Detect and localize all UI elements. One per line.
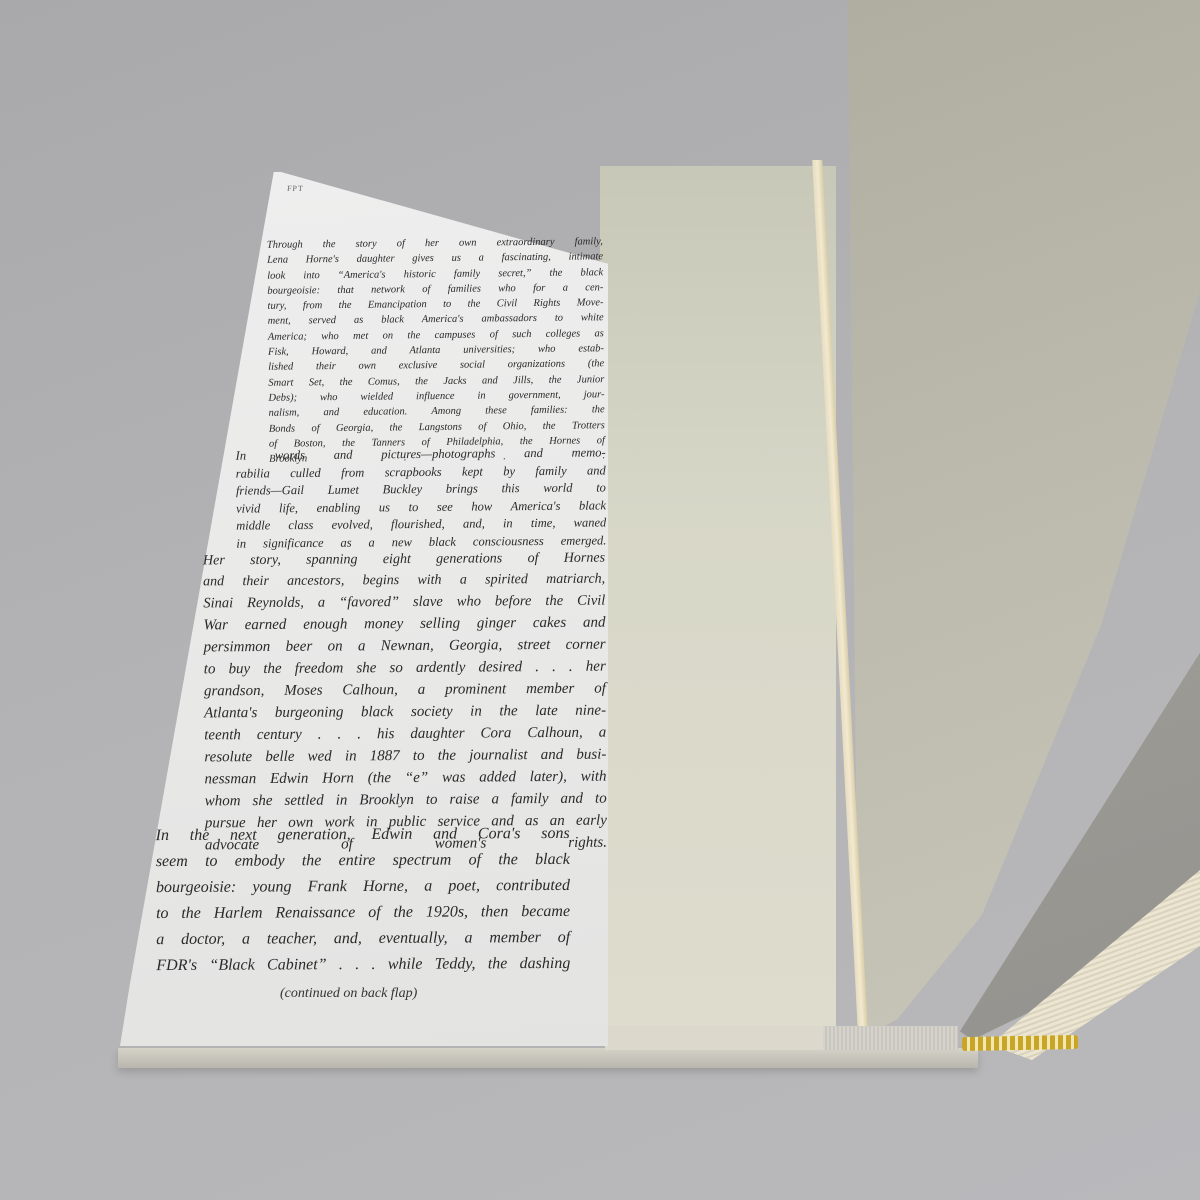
text-line: In the next generation, Edwin and Cora's… <box>156 821 570 849</box>
text-line: to buy the freedom she so ardently desir… <box>204 656 606 681</box>
text-line: and their ancestors, begins with a spiri… <box>203 569 605 593</box>
text-line: grandson, Moses Calhoun, a prominent mem… <box>204 678 606 703</box>
price-mark: FPT <box>287 184 304 193</box>
headband <box>962 1035 1078 1051</box>
text-line: FDR's “Black Cabinet” . . . while Teddy,… <box>156 951 570 979</box>
flap-paragraph-2: In words and pictures—photographs and me… <box>236 444 607 552</box>
text-line: persimmon beer on a Newnan, Georgia, str… <box>204 634 606 659</box>
endpaper <box>600 166 836 1028</box>
continued-note: (continued on back flap) <box>280 986 417 1002</box>
spine-cloth <box>823 1026 958 1050</box>
flap-paragraph-4: In the next generation, Edwin and Cora's… <box>156 821 571 979</box>
text-line: resolute belle wed in 1887 to the journa… <box>204 744 606 769</box>
text-line: to the Harlem Renaissance of the 1920s, … <box>156 899 570 927</box>
text-line: War earned enough money selling ginger c… <box>203 612 605 637</box>
text-line: Sinai Reynolds, a “favored” slave who be… <box>203 590 605 615</box>
board-bottom-strip <box>605 1026 823 1050</box>
text-line: bourgeoisie: young Frank Horne, a poet, … <box>156 873 570 901</box>
book-board-edge <box>118 1048 978 1068</box>
flap-paragraph-1: Through the story of her own extraordina… <box>267 234 605 467</box>
flap-paragraph-3: Her story, spanning eight generations of… <box>203 549 607 857</box>
text-line: seem to embody the entire spectrum of th… <box>156 847 570 875</box>
text-line: whom she settled in Brooklyn to raise a … <box>205 788 607 813</box>
text-line: nessman Edwin Horn (the “e” was added la… <box>204 766 606 791</box>
text-line: a doctor, a teacher, and, eventually, a … <box>156 925 570 953</box>
text-line: teenth century . . . his daughter Cora C… <box>204 722 606 747</box>
book-photo-scene: FPT Through the story of her own extraor… <box>0 0 1200 1200</box>
text-line: Atlanta's burgeoning black society in th… <box>204 700 606 725</box>
text-line: Her story, spanning eight generations of… <box>203 549 605 572</box>
